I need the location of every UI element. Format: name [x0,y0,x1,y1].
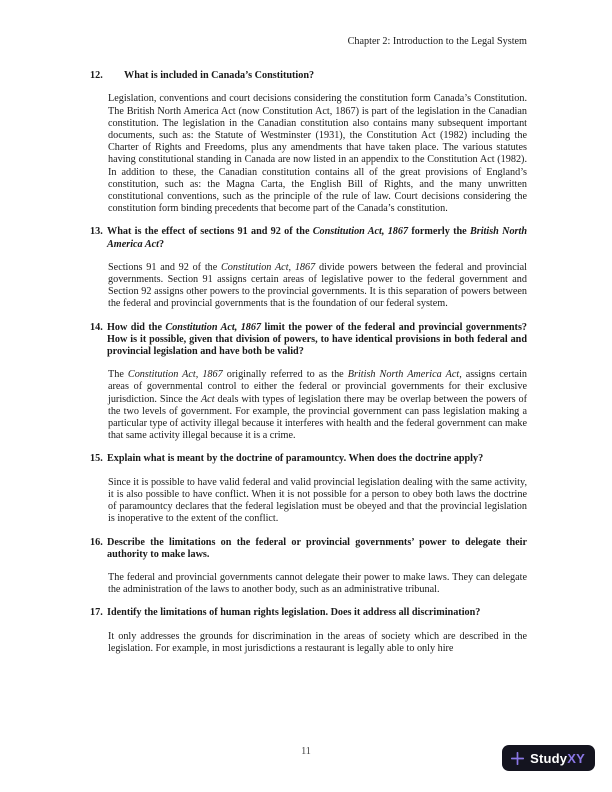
answer-paragraph: The federal and provincial governments c… [108,572,527,596]
logo-text: StudyXY [530,752,585,765]
question-heading: 13. What is the effect of sections 91 an… [90,226,527,250]
question-number: 12. [90,70,124,82]
qa-list: 12. What is included in Canada’s Constit… [90,70,527,655]
question-heading: 15. Explain what is meant by the doctrin… [90,453,527,465]
question-text: Identify the limitations of human rights… [107,607,527,619]
question-text: How did the Constitution Act, 1867 limit… [107,322,527,359]
question-heading: 14. How did the Constitution Act, 1867 l… [90,322,527,359]
answer-paragraph: Legislation, conventions and court decis… [108,93,527,215]
question-number: 16. [90,537,107,549]
qa-block: 15. Explain what is meant by the doctrin… [90,453,527,525]
question-number: 17. [90,607,107,619]
question-text: What is the effect of sections 91 and 92… [107,226,527,250]
logo-text-primary: Study [530,751,567,766]
chapter-header: Chapter 2: Introduction to the Legal Sys… [90,36,527,48]
answer-paragraph: The Constitution Act, 1867 originally re… [108,369,527,442]
question-number: 15. [90,453,107,465]
plus-icon [511,752,524,765]
logo-text-accent: XY [567,751,585,766]
qa-block: 13. What is the effect of sections 91 an… [90,226,527,310]
question-text: What is included in Canada’s Constitutio… [124,70,527,82]
question-number: 14. [90,322,107,334]
question-heading: 12. What is included in Canada’s Constit… [90,70,527,82]
qa-block: 14. How did the Constitution Act, 1867 l… [90,322,527,443]
question-heading: 17. Identify the limitations of human ri… [90,607,527,619]
qa-block: 16. Describe the limitations on the fede… [90,537,527,597]
question-number: 13. [90,226,107,238]
document-page: Chapter 2: Introduction to the Legal Sys… [0,0,612,792]
question-text: Describe the limitations on the federal … [107,537,527,561]
question-text: Explain what is meant by the doctrine of… [107,453,527,465]
answer-paragraph: It only addresses the grounds for discri… [108,631,527,655]
answer-paragraph: Since it is possible to have valid feder… [108,477,527,526]
answer-paragraph: Sections 91 and 92 of the Constitution A… [108,262,527,311]
qa-block: 12. What is included in Canada’s Constit… [90,70,527,215]
qa-block: 17. Identify the limitations of human ri… [90,607,527,655]
question-heading: 16. Describe the limitations on the fede… [90,537,527,561]
studyxy-logo: StudyXY [502,745,595,771]
